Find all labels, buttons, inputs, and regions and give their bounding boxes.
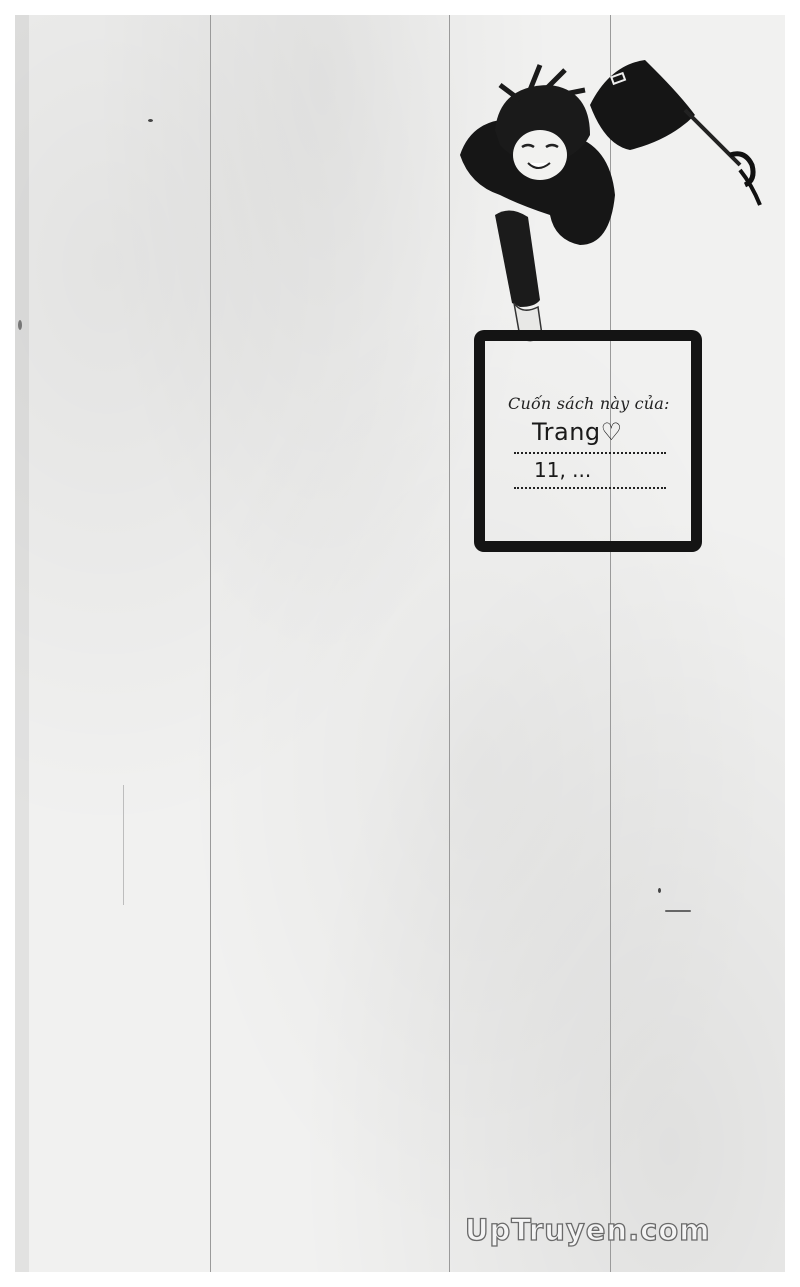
scan-speck <box>18 320 22 330</box>
scan-speck <box>665 910 691 912</box>
scan-edge-shadow <box>15 15 29 1272</box>
owner-class-handwriting: 11, ... <box>534 458 591 482</box>
watermark-logo: UpTruyen.com <box>465 1213 710 1247</box>
scan-speck <box>148 119 153 122</box>
class-dotted-line <box>514 487 666 489</box>
owner-name-handwriting: Trang♡ <box>532 418 623 446</box>
scan-artifact-line <box>123 785 124 905</box>
bookplate: Cuốn sách này của: Trang♡ 11, ... <box>474 330 702 552</box>
name-dotted-line <box>514 452 666 454</box>
bookplate-label: Cuốn sách này của: <box>508 394 670 413</box>
manga-character-illustration <box>440 45 780 355</box>
vertical-rule-1 <box>210 15 211 1272</box>
scan-speck <box>658 888 661 893</box>
